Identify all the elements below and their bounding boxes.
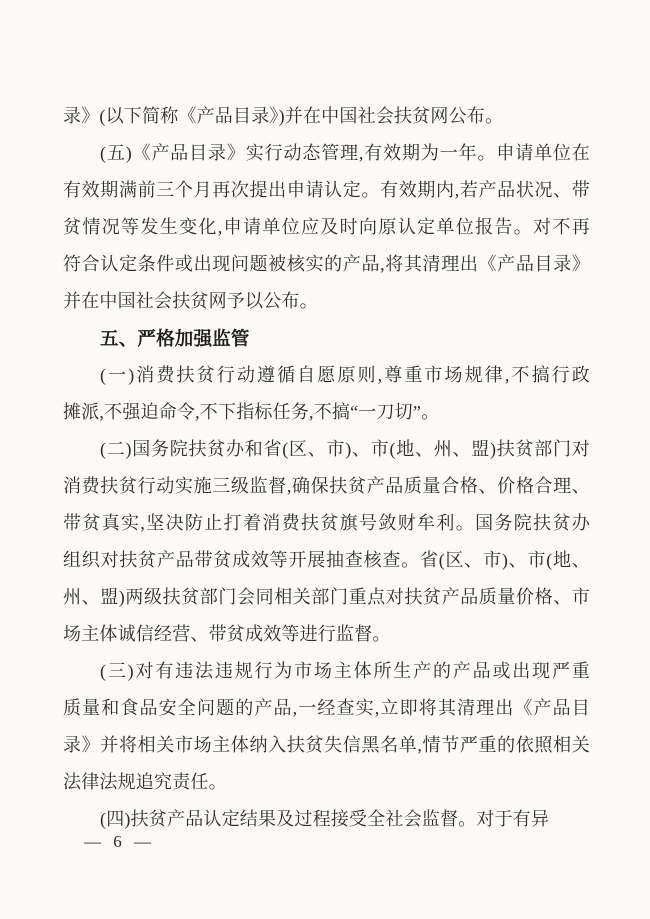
text-line: 组织对扶贫产品带贫成效等开展抽查核查。省(区、市)、市(地、 bbox=[63, 542, 590, 579]
text-line: 带贫真实,坚决防止打着消费扶贫旗号敛财牟利。国务院扶贫办 bbox=[63, 505, 590, 542]
page-number: — 6 — bbox=[84, 832, 155, 852]
text-line: 法律法规追究责任。 bbox=[63, 764, 590, 801]
text-line: (五)《产品目录》实行动态管理,有效期为一年。申请单位在 bbox=[63, 135, 590, 172]
text-line: 符合认定条件或出现问题被核实的产品,将其清理出《产品目录》 bbox=[63, 246, 590, 283]
section-heading: 五、严格加强监管 bbox=[63, 320, 590, 357]
text-line: 消费扶贫行动实施三级监督,确保扶贫产品质量合格、价格合理、 bbox=[63, 468, 590, 505]
text-line: 摊派,不强迫命令,不下指标任务,不搞“一刀切”。 bbox=[63, 394, 590, 431]
text-line: 有效期满前三个月再次提出申请认定。有效期内,若产品状况、带 bbox=[63, 172, 590, 209]
text-line: 场主体诚信经营、带贫成效等进行监督。 bbox=[63, 616, 590, 653]
text-line: 录》(以下简称《产品目录》)并在中国社会扶贫网公布。 bbox=[63, 98, 590, 135]
text-line: (三)对有违法违规行为市场主体所生产的产品或出现严重 bbox=[63, 653, 590, 690]
text-line: 录》并将相关市场主体纳入扶贫失信黑名单,情节严重的依照相关 bbox=[63, 727, 590, 764]
text-line: 州、盟)两级扶贫部门会同相关部门重点对扶贫产品质量价格、市 bbox=[63, 579, 590, 616]
text-line: 质量和食品安全问题的产品,一经查实,立即将其清理出《产品目 bbox=[63, 690, 590, 727]
text-line: (二)国务院扶贫办和省(区、市)、市(地、州、盟)扶贫部门对 bbox=[63, 431, 590, 468]
text-line: 并在中国社会扶贫网予以公布。 bbox=[63, 283, 590, 320]
text-line: 贫情况等发生变化,申请单位应及时向原认定单位报告。对不再 bbox=[63, 209, 590, 246]
document-page: 录》(以下简称《产品目录》)并在中国社会扶贫网公布。 (五)《产品目录》实行动态… bbox=[0, 0, 650, 919]
document-body: 录》(以下简称《产品目录》)并在中国社会扶贫网公布。 (五)《产品目录》实行动态… bbox=[63, 98, 590, 838]
text-line: (一)消费扶贫行动遵循自愿原则,尊重市场规律,不搞行政 bbox=[63, 357, 590, 394]
